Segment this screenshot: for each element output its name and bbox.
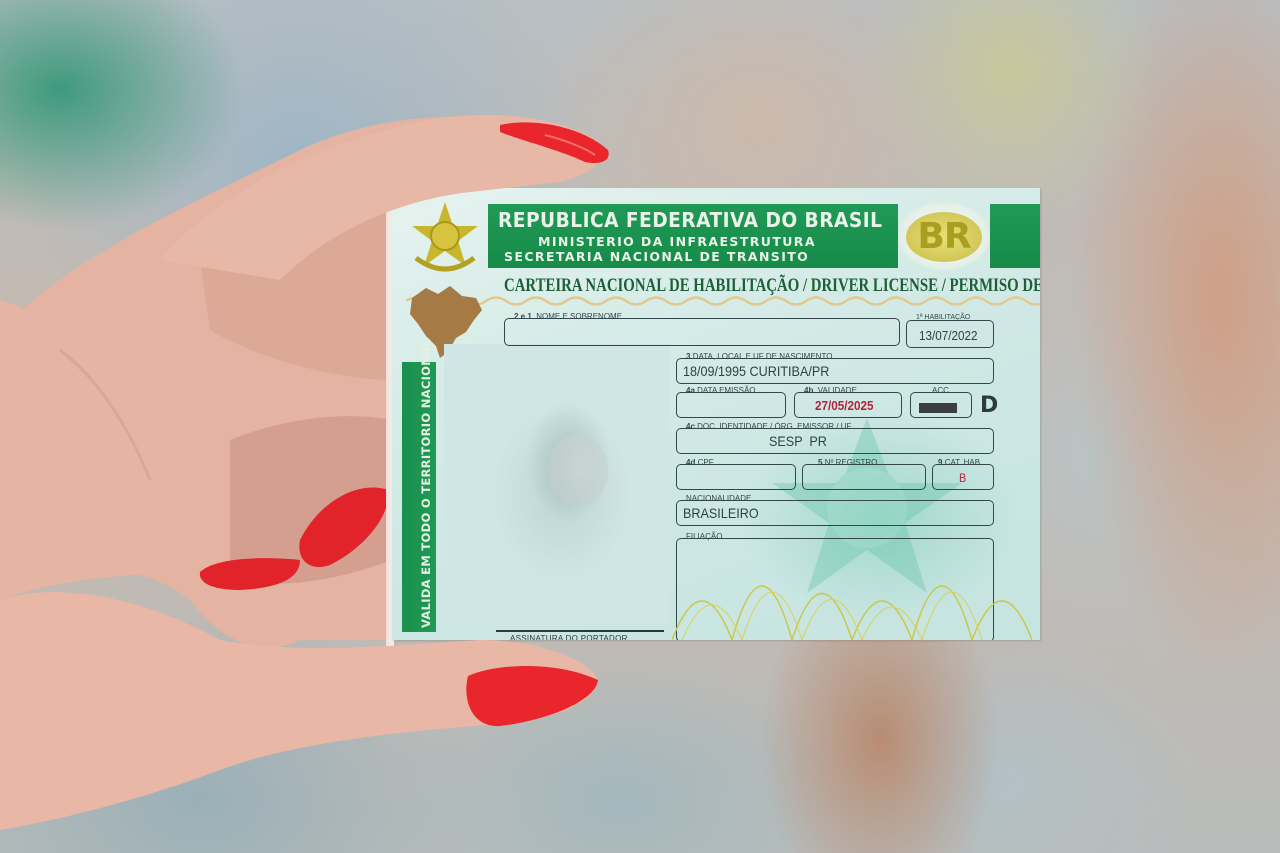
field-issue-date-label: 4a DATA EMISSÃO	[683, 386, 759, 395]
field-birth-label: 3 DATA, LOCAL E UF DE NASCIMENTO	[683, 352, 835, 361]
field-acc-label: ACC	[929, 386, 952, 395]
field-acc: ACC	[910, 392, 972, 418]
field-nationality: NACIONALIDADE BRASILEIRO	[676, 500, 994, 526]
header-band-right	[990, 204, 1040, 268]
wave-decoration	[406, 294, 1040, 308]
field-first-license-value: 13/07/2022	[919, 328, 978, 343]
holder-face-blurred	[548, 434, 608, 504]
field-nationality-value: BRASILEIRO	[683, 505, 759, 521]
field-first-license-label: 1ª HABILITAÇÃO	[913, 314, 973, 321]
field-first-license: 1ª HABILITAÇÃO 13/07/2022	[906, 320, 994, 348]
field-category-value: B	[959, 471, 966, 485]
ministry-title: MINISTERIO DA INFRAESTRUTURA	[538, 234, 816, 249]
field-birth: 3 DATA, LOCAL E UF DE NASCIMENTO 18/09/1…	[676, 358, 994, 384]
field-validity-value: 27/05/2025	[815, 398, 874, 413]
validity-side-text: VALIDA EM TODO O TERRITORIO NACIONAL	[419, 339, 433, 628]
guilloche-pattern	[672, 568, 1032, 640]
field-issue-date: 4a DATA EMISSÃO	[676, 392, 786, 418]
country-title: REPUBLICA FEDERATIVA DO BRASIL	[498, 208, 882, 232]
field-validity: 4b VALIDADE 27/05/2025	[794, 392, 902, 418]
field-validity-label: 4b VALIDADE	[801, 386, 860, 395]
br-badge-text: BR	[906, 213, 982, 261]
field-acc-redacted	[919, 403, 957, 413]
field-nationality-label: NACIONALIDADE	[683, 494, 754, 503]
acc-category: D	[980, 393, 998, 418]
coat-of-arms-icon	[406, 198, 484, 276]
field-cpf: 4d CPF	[676, 464, 796, 490]
field-parents-label: FILIAÇÃO	[683, 532, 725, 541]
field-registration-label: 5 Nº REGISTRO	[815, 458, 880, 467]
driver-license-card: REPUBLICA FEDERATIVA DO BRASIL MINISTERI…	[392, 188, 1040, 640]
field-name: 2 e 1 NOME E SOBRENOME	[504, 318, 900, 346]
field-birth-value: 18/09/1995 CURITIBA/PR	[683, 363, 829, 379]
signature-line	[496, 630, 664, 632]
field-name-label: 2 e 1 NOME E SOBRENOME	[511, 312, 625, 321]
signature-label: ASSINATURA DO PORTADOR	[510, 634, 628, 640]
field-category: 9 CAT. HAB B	[932, 464, 994, 490]
secretariat-title: SECRETARIA NACIONAL DE TRANSITO	[504, 249, 809, 264]
field-cpf-label: 4d CPF	[683, 458, 717, 467]
field-id-document-value: SESP PR	[769, 433, 827, 449]
field-id-document: 4c DOC. IDENTIDADE / ÓRG. EMISSOR / UF S…	[676, 428, 994, 454]
field-category-label: 9 CAT. HAB	[935, 458, 983, 467]
field-registration: 5 Nº REGISTRO	[802, 464, 926, 490]
field-id-document-label: 4c DOC. IDENTIDADE / ÓRG. EMISSOR / UF	[683, 422, 854, 431]
